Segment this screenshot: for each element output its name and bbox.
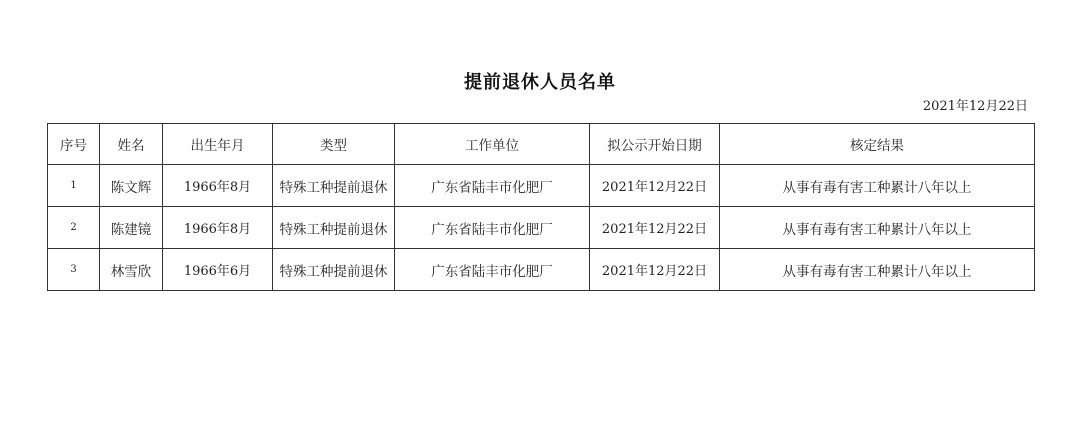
cell-verification-result: 从事有毒有害工种累计八年以上 [720,165,1035,207]
cell-publicity-start-date: 2021年12月22日 [590,165,720,207]
header-birth-month: 出生年月 [163,124,273,165]
cell-verification-result: 从事有毒有害工种累计八年以上 [720,249,1035,291]
cell-name: 林雪欣 [100,249,163,291]
document-date: 2021年12月22日 [923,95,1028,114]
cell-publicity-start-date: 2021年12月22日 [590,207,720,249]
document-title: 提前退休人员名单 [0,68,1080,94]
table-row: 2 陈建镜 1966年8月 特殊工种提前退休 广东省陆丰市化肥厂 2021年12… [48,207,1035,249]
early-retirement-table: 序号 姓名 出生年月 类型 工作单位 拟公示开始日期 核定结果 1 陈文辉 19… [47,123,1035,291]
cell-serial-number: 3 [48,249,100,291]
cell-name: 陈建镜 [100,207,163,249]
cell-employer: 广东省陆丰市化肥厂 [395,207,590,249]
table-row: 1 陈文辉 1966年8月 特殊工种提前退休 广东省陆丰市化肥厂 2021年12… [48,165,1035,207]
cell-birth-month: 1966年8月 [163,165,273,207]
cell-serial-number: 1 [48,165,100,207]
table-row: 3 林雪欣 1966年6月 特殊工种提前退休 广东省陆丰市化肥厂 2021年12… [48,249,1035,291]
cell-type: 特殊工种提前退休 [273,165,395,207]
cell-publicity-start-date: 2021年12月22日 [590,249,720,291]
table-header-row: 序号 姓名 出生年月 类型 工作单位 拟公示开始日期 核定结果 [48,124,1035,165]
cell-name: 陈文辉 [100,165,163,207]
header-employer: 工作单位 [395,124,590,165]
header-serial-number: 序号 [48,124,100,165]
cell-employer: 广东省陆丰市化肥厂 [395,165,590,207]
cell-birth-month: 1966年8月 [163,207,273,249]
cell-birth-month: 1966年6月 [163,249,273,291]
cell-verification-result: 从事有毒有害工种累计八年以上 [720,207,1035,249]
header-type: 类型 [273,124,395,165]
header-publicity-start-date: 拟公示开始日期 [590,124,720,165]
header-verification-result: 核定结果 [720,124,1035,165]
cell-type: 特殊工种提前退休 [273,249,395,291]
cell-serial-number: 2 [48,207,100,249]
cell-employer: 广东省陆丰市化肥厂 [395,249,590,291]
cell-type: 特殊工种提前退休 [273,207,395,249]
header-name: 姓名 [100,124,163,165]
